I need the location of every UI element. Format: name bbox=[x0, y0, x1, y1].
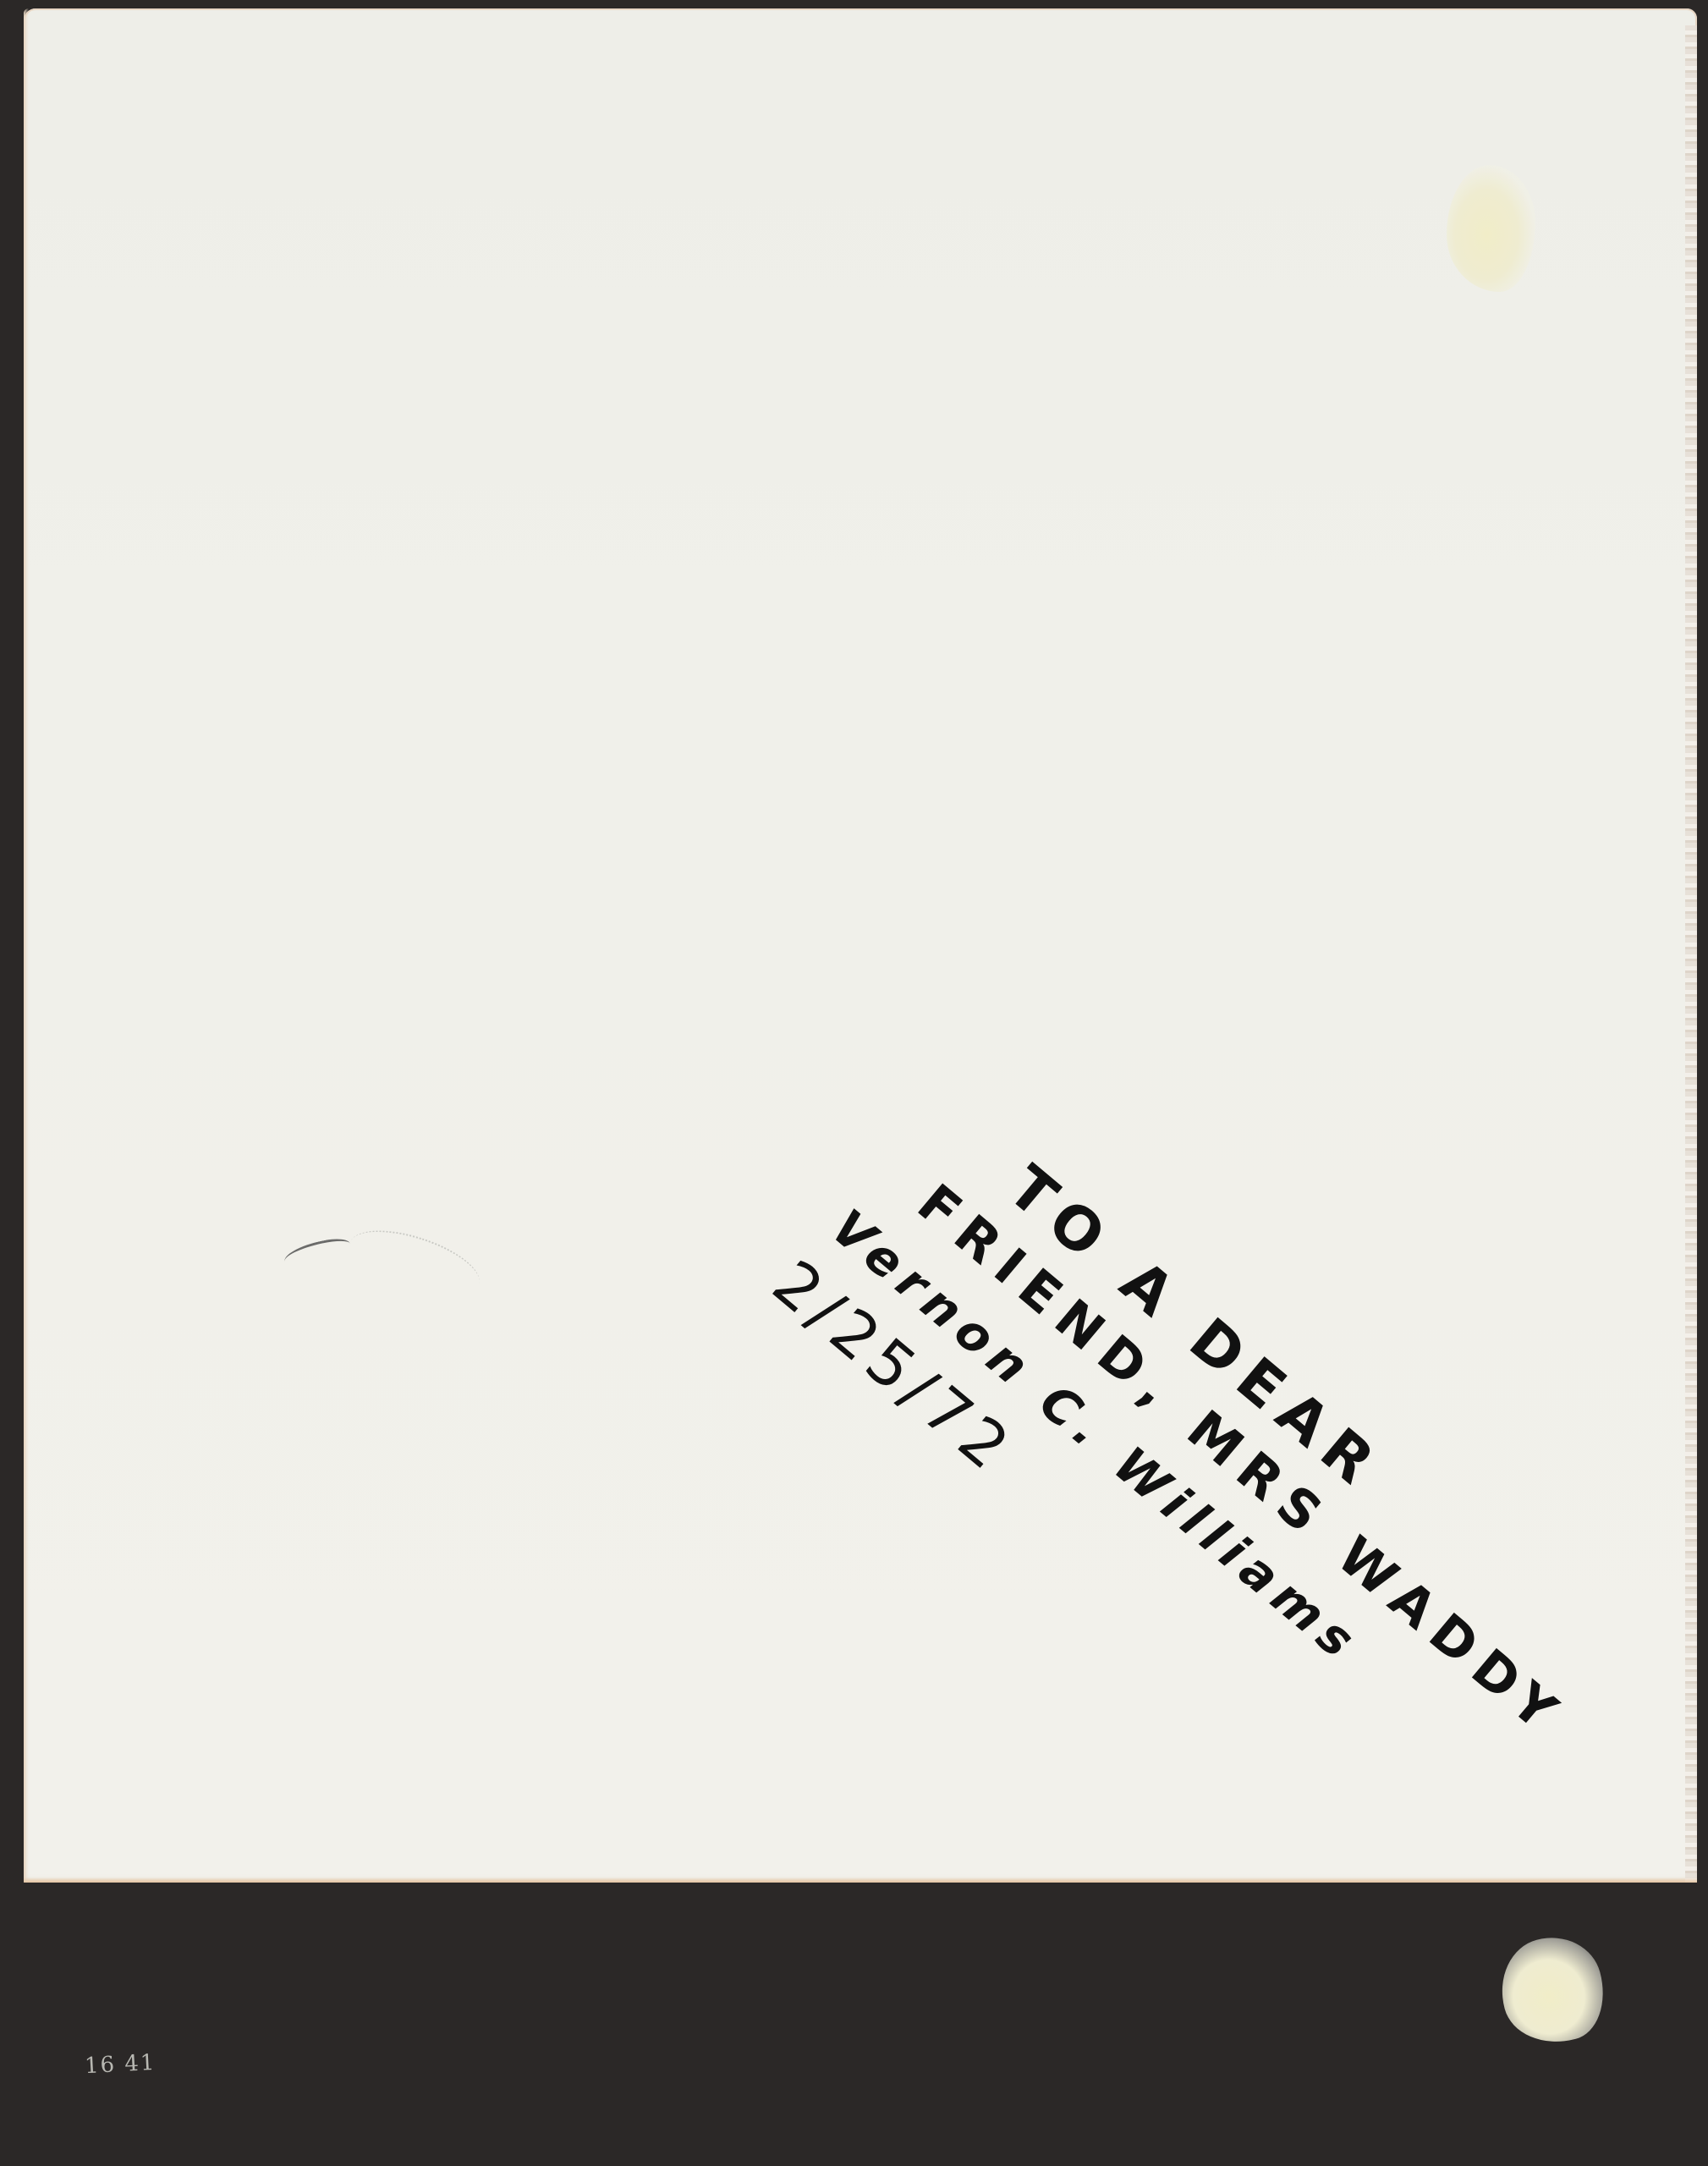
adhesive-stain-top bbox=[1447, 165, 1535, 292]
sheet-torn-right-edge bbox=[1685, 25, 1697, 1883]
sheet-left-edge bbox=[24, 8, 29, 1883]
sheet-bottom-edge bbox=[24, 1877, 1697, 1883]
pencil-note: 16 41 bbox=[84, 2050, 157, 2079]
